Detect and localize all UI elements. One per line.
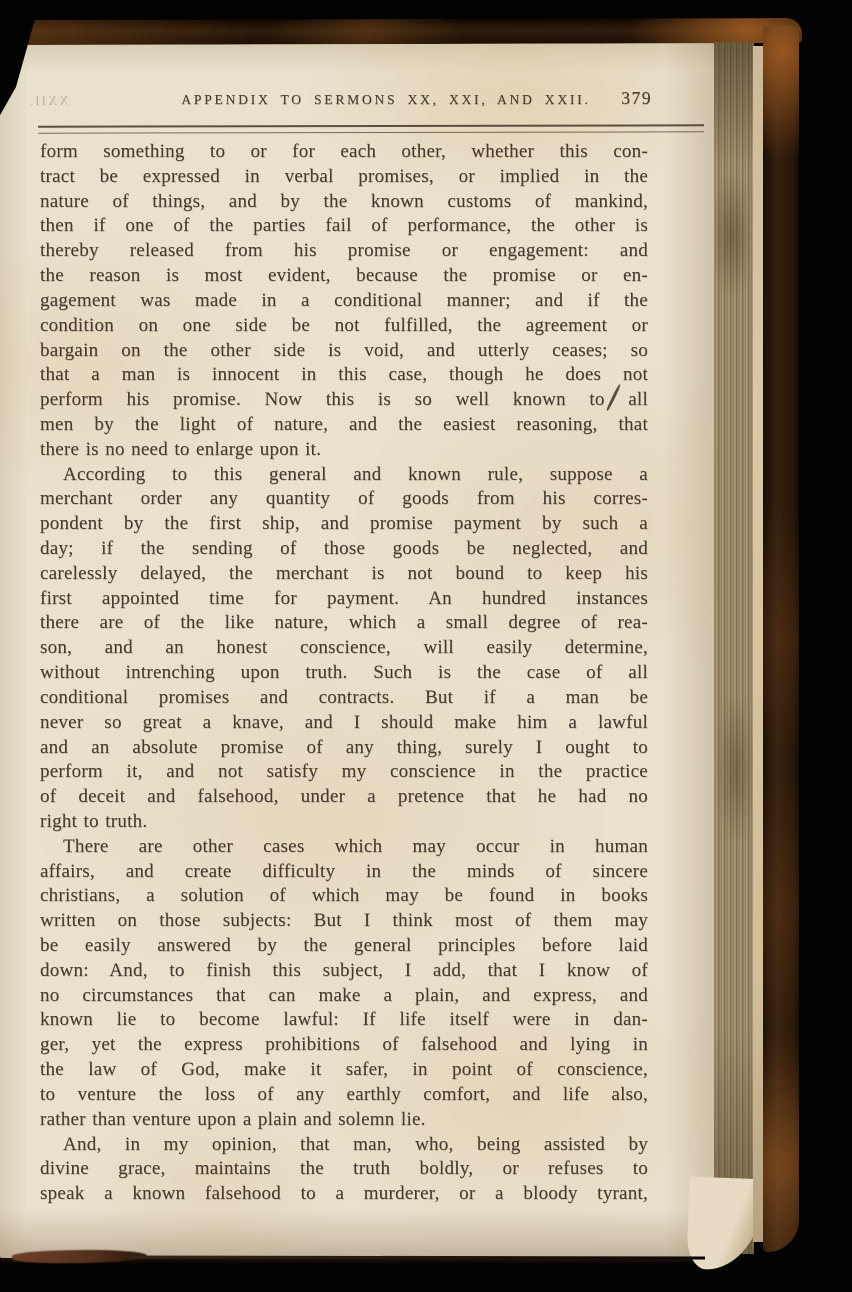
text-line: of deceit and falsehood, under a pretenc… <box>40 785 648 810</box>
text-line: first appointed time for payment. An hun… <box>40 587 648 612</box>
text-line: tract be expressed in verbal promises, o… <box>40 165 648 190</box>
page-bottom-edge-shadow <box>130 1255 705 1259</box>
text-line: perform his promise. Now this is so well… <box>40 388 648 413</box>
text-line: right to truth. <box>40 810 648 835</box>
text-line: known lie to become lawful: If life itse… <box>40 1008 648 1033</box>
text-line: the reason is most evident, because the … <box>40 264 648 289</box>
book-photo: XXII. APPENDIX TO SERMONS XX, XXI, AND X… <box>0 0 852 1292</box>
double-rule-divider <box>38 124 704 133</box>
page-header: APPENDIX TO SERMONS XX, XXI, AND XXII. 3… <box>40 88 652 114</box>
text-line: affairs, and create difficulty in the mi… <box>40 860 648 885</box>
text-line: the law of God, make it safer, in point … <box>40 1058 648 1083</box>
text-line: form something to or for each other, whe… <box>40 140 648 165</box>
leather-cover-right-edge <box>763 26 799 1252</box>
text-line: ger, yet the express prohibitions of fal… <box>40 1033 648 1058</box>
paragraph: form something to or for each other, whe… <box>40 140 648 463</box>
text-line: no circumstances that can make a plain, … <box>40 984 648 1009</box>
text-line: pondent by the first ship, and promise p… <box>40 512 648 537</box>
paragraph: There are other cases which may occur in… <box>40 835 648 1133</box>
text-line: written on those subjects: But I think m… <box>40 909 648 934</box>
text-line: condition on one side be not fulfilled, … <box>40 314 648 339</box>
text-block: form something to or for each other, whe… <box>40 140 648 1207</box>
text-line: conditional promises and contracts. But … <box>40 686 648 711</box>
text-line: christians, a solution of which may be f… <box>40 884 648 909</box>
text-line: According to this general and known rule… <box>40 463 648 488</box>
text-line: down: And, to finish this subject, I add… <box>40 959 648 984</box>
running-title: APPENDIX TO SERMONS XX, XXI, AND XXII. <box>181 92 590 108</box>
page-stack-fore-edge <box>714 42 754 1254</box>
text-line: nature of things, and by the known custo… <box>40 190 648 215</box>
text-line: rather than venture upon a plain and sol… <box>40 1108 648 1133</box>
text-line: speak a known falsehood to a murderer, o… <box>40 1182 648 1207</box>
text-line: bargain on the other side is void, and u… <box>40 339 648 364</box>
text-line: there is no need to enlarge upon it. <box>40 438 648 463</box>
text-line: There are other cases which may occur in… <box>40 835 648 860</box>
text-line: and an absolute promise of any thing, su… <box>40 736 648 761</box>
text-line: without intrenching upon truth. Such is … <box>40 661 648 686</box>
text-line: perform it, and not satisfy my conscienc… <box>40 760 648 785</box>
cover-bottom-edge-smudge <box>12 1249 147 1265</box>
page-number: 379 <box>621 88 652 109</box>
text-line: And, in my opinion, that man, who, being… <box>40 1133 648 1158</box>
text-line: that a man is innocent in this case, tho… <box>40 363 648 388</box>
text-line: to venture the loss of any earthly comfo… <box>40 1083 648 1108</box>
text-line: carelessly delayed, the merchant is not … <box>40 562 648 587</box>
text-line: men by the light of nature, and the easi… <box>40 413 648 438</box>
text-line: son, and an honest conscience, will easi… <box>40 636 648 661</box>
text-line: day; if the sending of those goods be ne… <box>40 537 648 562</box>
text-line: then if one of the parties fail of perfo… <box>40 214 648 239</box>
text-line: merchant order any quantity of goods fro… <box>40 487 648 512</box>
paragraph: And, in my opinion, that man, who, being… <box>40 1133 648 1207</box>
paragraph: According to this general and known rule… <box>40 463 648 835</box>
text-line: never so great a knave, and I should mak… <box>40 711 648 736</box>
text-line: there are of the like nature, which a sm… <box>40 611 648 636</box>
leather-cover-top-edge <box>10 18 802 45</box>
book-page: XXII. APPENDIX TO SERMONS XX, XXI, AND X… <box>0 36 714 1258</box>
text-line: gagement was made in a conditional manne… <box>40 289 648 314</box>
text-line: be easily answered by the general princi… <box>40 934 648 959</box>
text-line: thereby released from his promise or eng… <box>40 239 648 264</box>
text-line: divine grace, maintains the truth boldly… <box>40 1157 648 1182</box>
